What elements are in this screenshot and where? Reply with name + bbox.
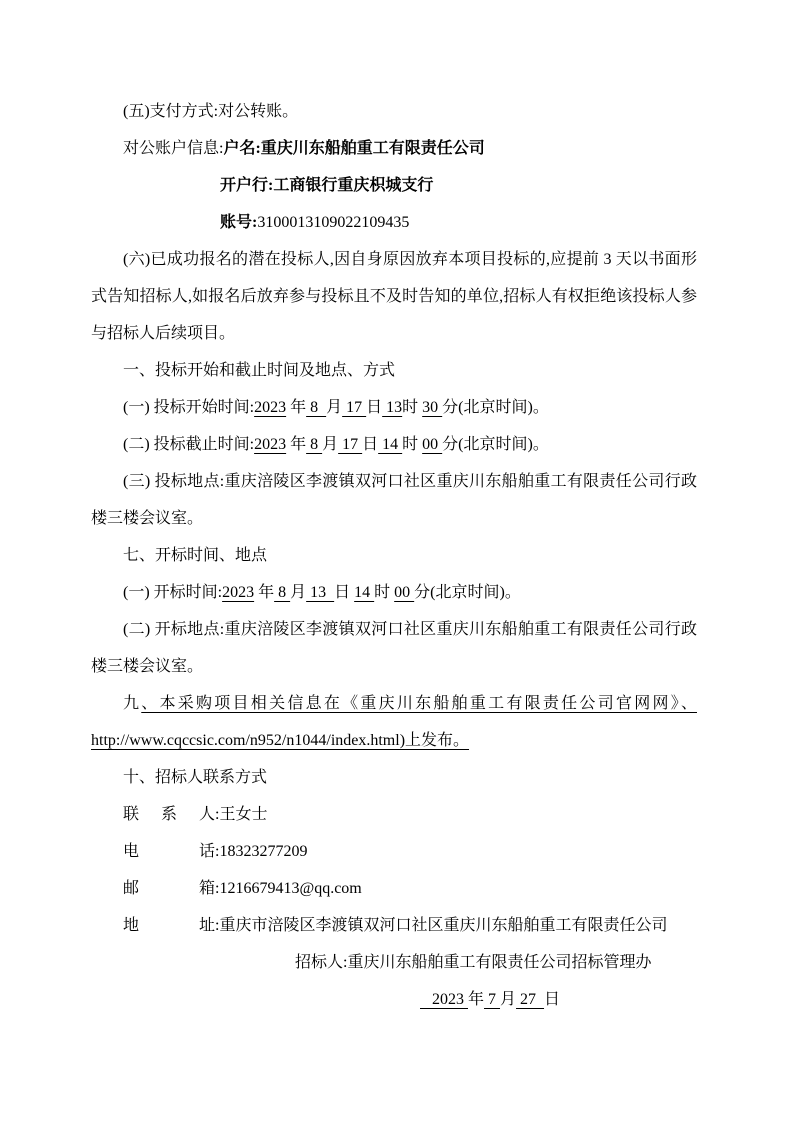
contact-value: 1216679413@qq.com — [219, 880, 361, 897]
bank-line: 开户行:工商银行重庆枳城支行 — [91, 167, 697, 204]
payment-method-line: (五)支付方式:对公转账。 — [91, 93, 697, 130]
bid-location-paragraph: (三) 投标地点:重庆涪陵区李渡镇双河口社区重庆川东船舶重工有限责任公司行政楼三… — [91, 463, 697, 537]
tenderer-signature-line: 招标人:重庆川东船舶重工有限责任公司招标管理办 — [91, 944, 697, 981]
contact-row-email: 邮箱:1216679413@qq.com — [91, 870, 697, 907]
account-info-line: 对公账户信息:户名:重庆川东船舶重工有限责任公司 — [91, 130, 697, 167]
bid-time-section-heading: 一、投标开始和截止时间及地点、方式 — [91, 352, 697, 389]
signature-date-line: 2023 年 7 月 27 日 — [91, 981, 697, 1018]
contact-value: 王女士 — [219, 806, 267, 823]
publish-url-line: http://www.cqccsic.com/n952/n1044/index.… — [91, 722, 697, 759]
open-section-heading: 七、开标时间、地点 — [91, 537, 697, 574]
contact-value: 18323277209 — [219, 843, 307, 860]
bid-start-time-line: (一) 投标开始时间:2023 年 8 月 17 日 13时 30 分(北京时间… — [91, 389, 697, 426]
publish-info-line: 九、本采购项目相关信息在《重庆川东船舶重工有限责任公司官网网》、 — [91, 685, 697, 722]
open-location-paragraph: (二) 开标地点:重庆涪陵区李渡镇双河口社区重庆川东船舶重工有限责任公司行政楼三… — [91, 611, 697, 685]
contact-row-address: 地址:重庆市涪陵区李渡镇双河口社区重庆川东船舶重工有限责任公司 — [91, 907, 697, 944]
contact-label: 地址 — [123, 907, 215, 944]
contact-label: 联系人 — [123, 796, 215, 833]
open-time-line: (一) 开标时间:2023 年 8 月 13 日 14 时 00 分(北京时间)… — [91, 574, 697, 611]
bid-end-time-line: (二) 投标截止时间:2023 年 8 月 17 日 14 时 00 分(北京时… — [91, 426, 697, 463]
contact-row-person: 联系人:王女士 — [91, 796, 697, 833]
contact-label: 电话 — [123, 833, 215, 870]
withdrawal-clause-paragraph: (六)已成功报名的潜在投标人,因自身原因放弃本项目投标的,应提前 3 天以书面形… — [91, 241, 697, 352]
contact-row-phone: 电话:18323277209 — [91, 833, 697, 870]
document-page: (五)支付方式:对公转账。 对公账户信息:户名:重庆川东船舶重工有限责任公司 开… — [0, 0, 793, 1122]
contact-value: 重庆市涪陵区李渡镇双河口社区重庆川东船舶重工有限责任公司 — [219, 917, 667, 934]
contact-label: 邮箱 — [123, 870, 215, 907]
contact-section-heading: 十、招标人联系方式 — [91, 759, 697, 796]
account-number-line: 账号:3100013109022109435 — [91, 204, 697, 241]
